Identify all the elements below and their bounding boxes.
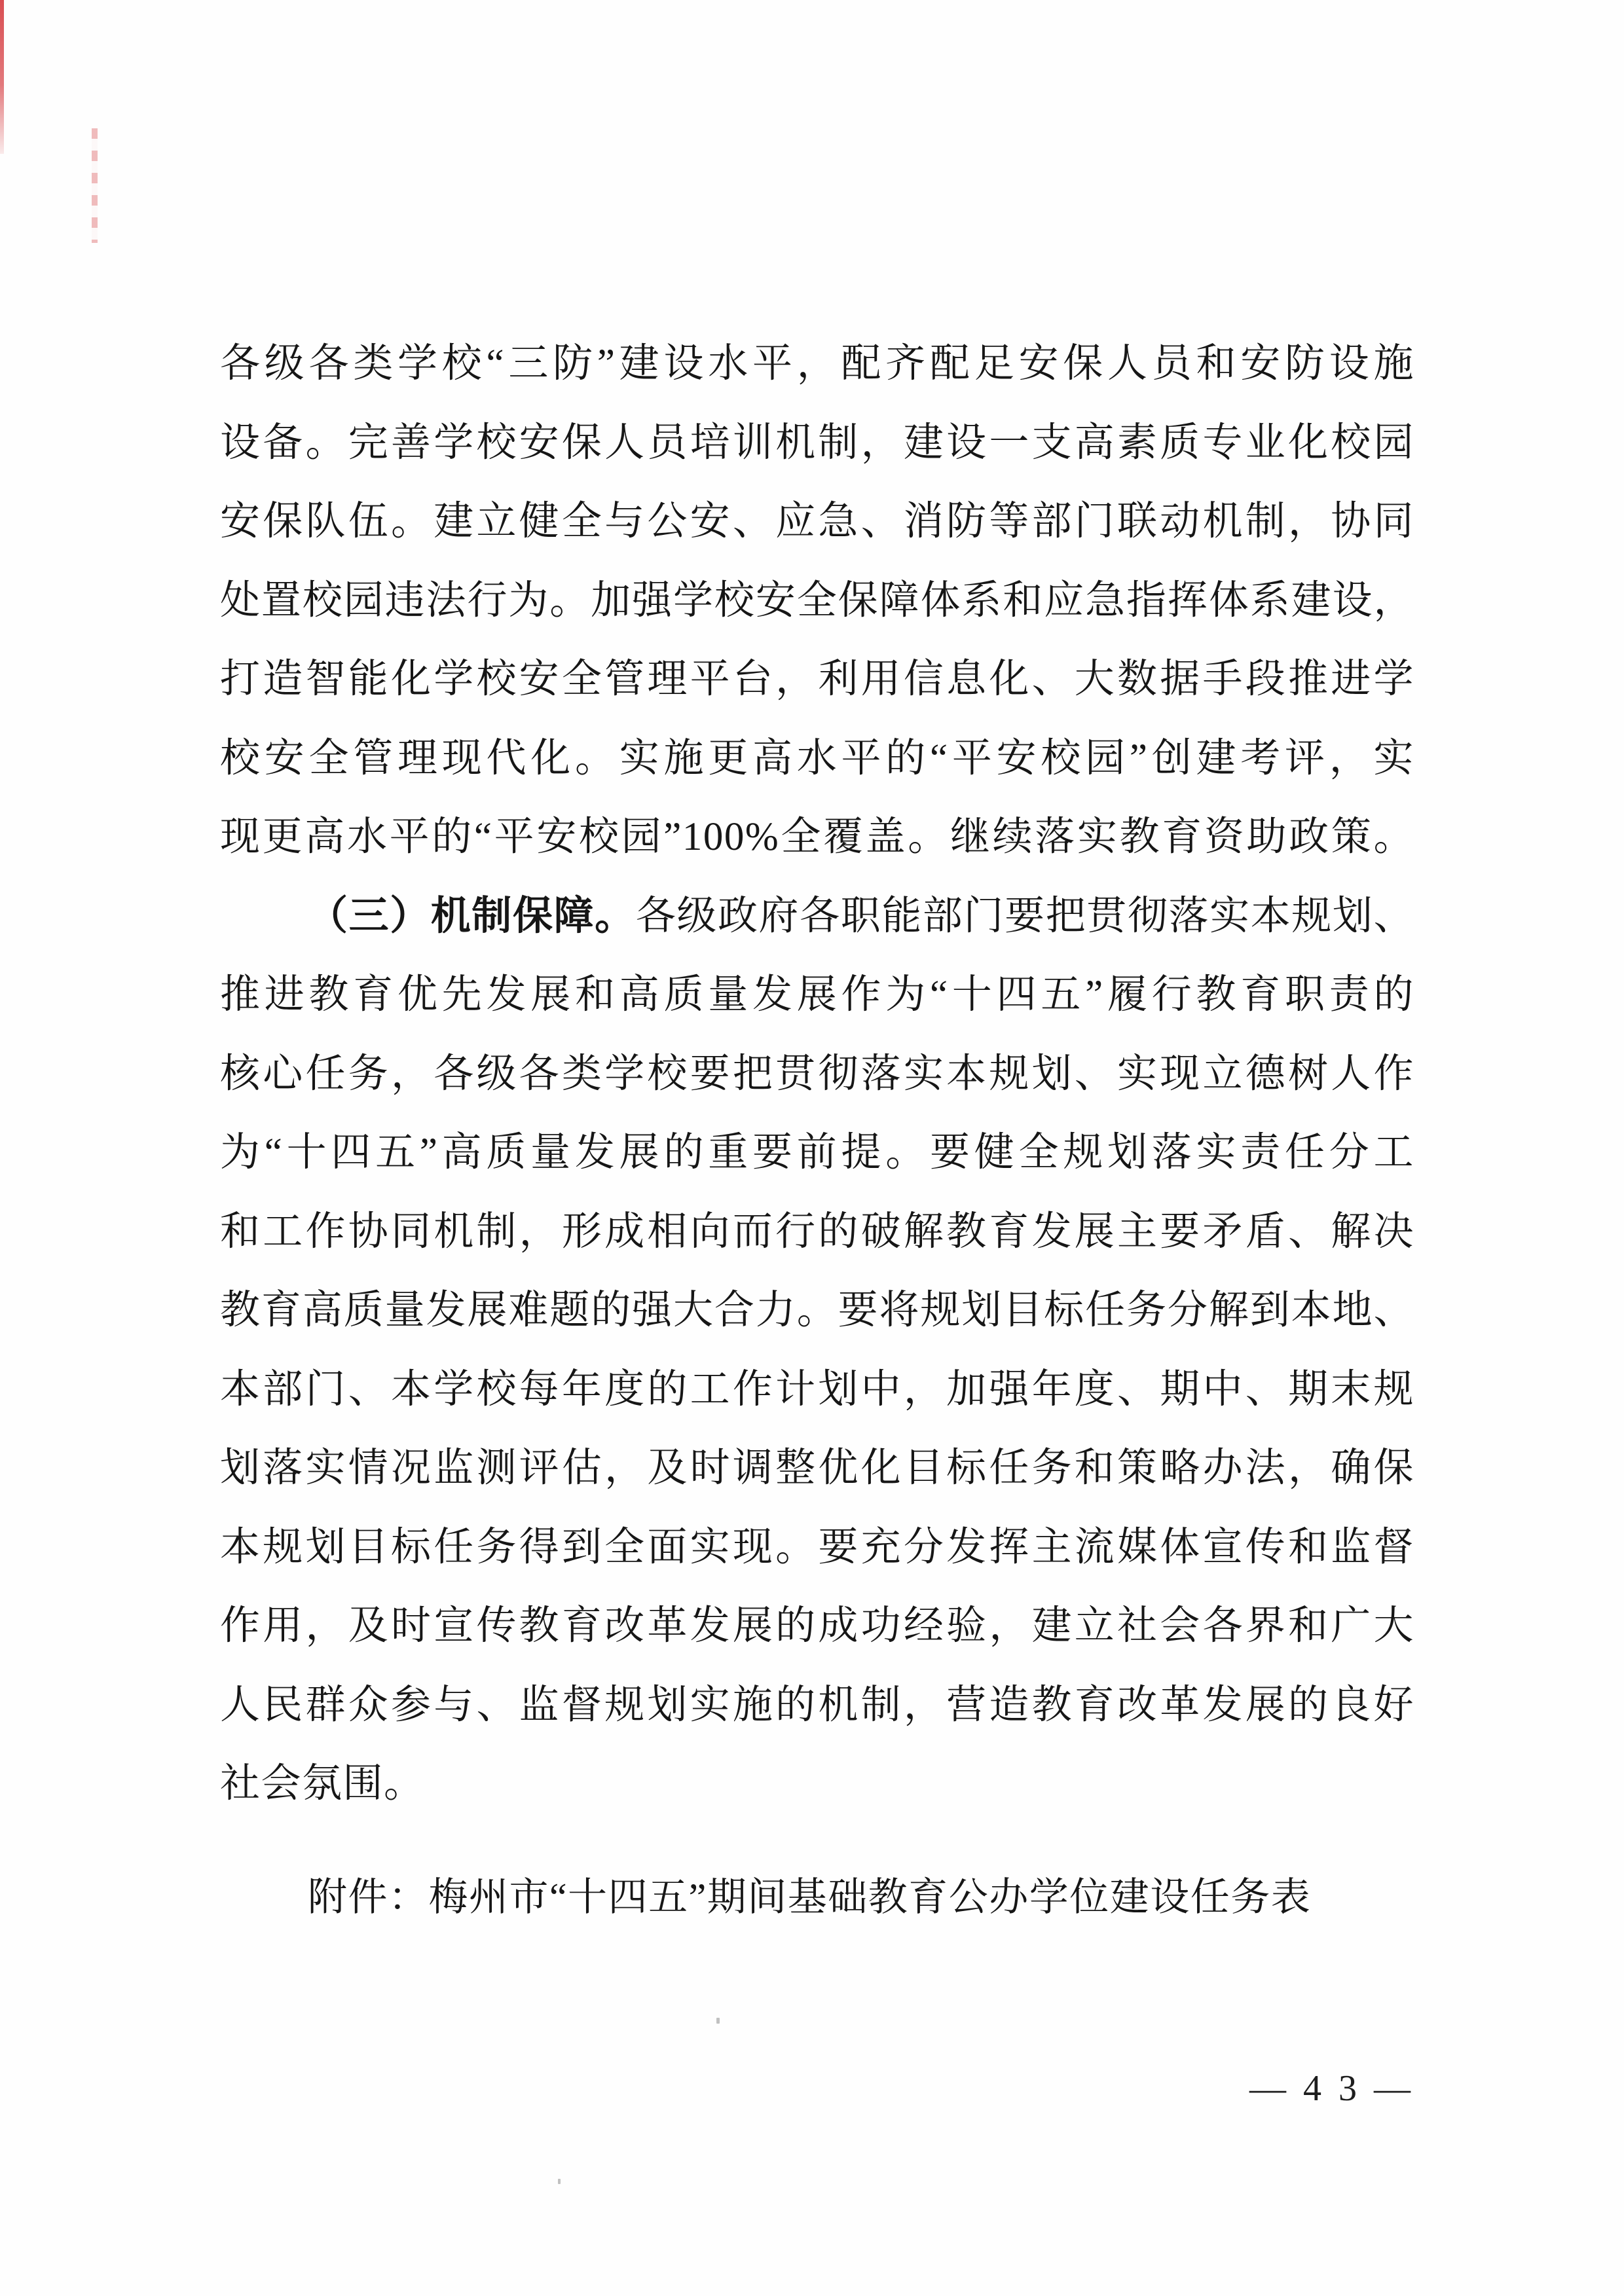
text-line: 现更高水平的“平安校园”100%全覆盖。继续落实教育资助政策。 <box>220 798 1414 877</box>
text-line: 作用，及时宣传教育改革发展的成功经验，建立社会各界和广大 <box>220 1587 1414 1666</box>
text-line: 各级各类学校“三防”建设水平，配齐配足安保人员和安防设施 <box>220 325 1414 404</box>
text-line: 核心任务，各级各类学校要把贯彻落实本规划、实现立德树人作 <box>220 1035 1414 1114</box>
text-line: 人民群众参与、监督规划实施的机制，营造教育改革发展的良好 <box>220 1666 1414 1745</box>
page-number: — 4 3 — <box>1249 2069 1414 2108</box>
scan-speck <box>558 2179 561 2184</box>
text-line: 本部门、本学校每年度的工作计划中，加强年度、期中、期末规 <box>220 1351 1414 1430</box>
text-line: 和工作协同机制，形成相向而行的破解教育发展主要矛盾、解决 <box>220 1193 1414 1272</box>
text-line: 教育高质量发展难题的强大合力。要将规划目标任务分解到本地、 <box>220 1271 1414 1351</box>
text-line: 本规划目标任务得到全面实现。要充分发挥主流媒体宣传和监督 <box>220 1508 1414 1588</box>
text-run: 各级政府各职能部门要把贯彻落实本规划、 <box>636 894 1414 938</box>
section-heading: （三）机制保障。 <box>308 894 636 938</box>
document-body: 各级各类学校“三防”建设水平，配齐配足安保人员和安防设施设备。完善学校安保人员培… <box>220 325 1414 1937</box>
text-line: 安保队伍。建立健全与公安、应急、消防等部门联动机制，协同 <box>220 483 1414 562</box>
text-line: 处置校园违法行为。加强学校安全保障体系和应急指挥体系建设， <box>220 562 1414 641</box>
attachment-line: 附件：梅州市“十四五”期间基础教育公办学位建设任务表 <box>220 1858 1414 1937</box>
document-page: 各级各类学校“三防”建设水平，配齐配足安保人员和安防设施设备。完善学校安保人员培… <box>0 0 1624 2296</box>
text-line: 社会氛围。 <box>220 1745 1414 1824</box>
text-line: 校安全管理现代化。实施更高水平的“平安校园”创建考评，实 <box>220 720 1414 799</box>
scan-artifact-red-edge <box>0 0 4 154</box>
text-line: 为“十四五”高质量发展的重要前提。要健全规划落实责任分工 <box>220 1114 1414 1193</box>
scan-artifact-red-speckle <box>92 128 98 243</box>
text-line: 打造智能化学校安全管理平台，利用信息化、大数据手段推进学 <box>220 640 1414 720</box>
text-line: 设备。完善学校安保人员培训机制，建设一支高素质专业化校园 <box>220 404 1414 483</box>
scan-speck <box>716 2018 720 2024</box>
text-line: 划落实情况监测评估，及时调整优化目标任务和策略办法，确保 <box>220 1429 1414 1508</box>
paragraphs: 各级各类学校“三防”建设水平，配齐配足安保人员和安防设施设备。完善学校安保人员培… <box>220 325 1414 1824</box>
text-line: 推进教育优先发展和高质量发展作为“十四五”履行教育职责的 <box>220 956 1414 1035</box>
text-line: （三）机制保障。各级政府各职能部门要把贯彻落实本规划、 <box>220 877 1414 957</box>
